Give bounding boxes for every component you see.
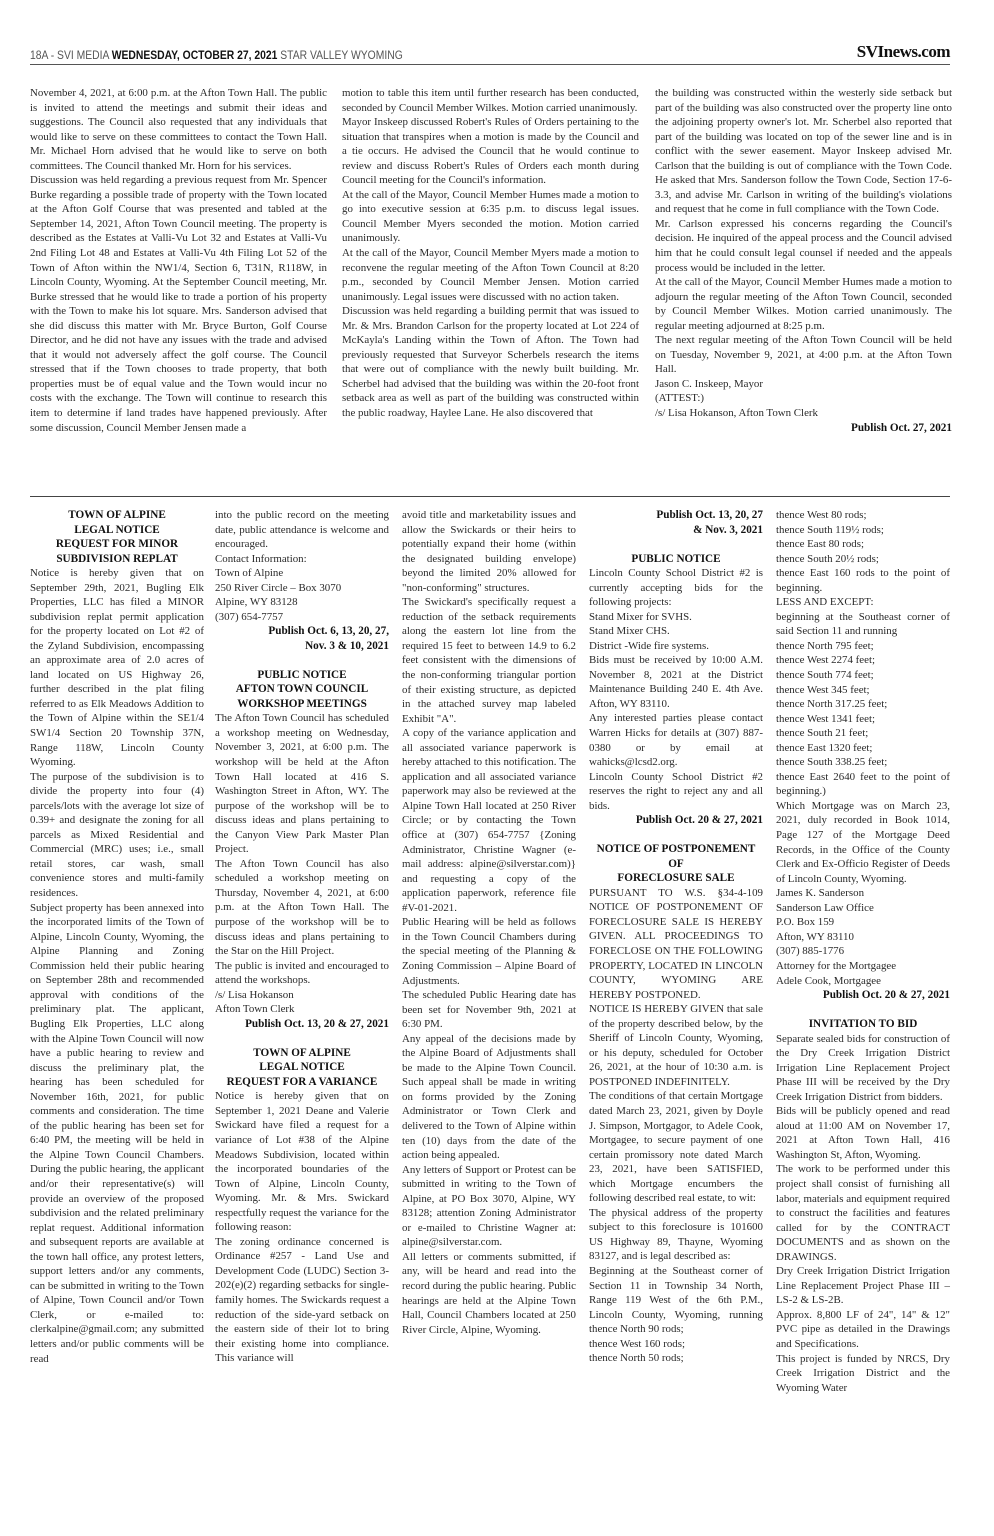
issue-date: WEDNESDAY, OCTOBER 27, 2021 [112, 50, 278, 62]
paragraph: Notice is hereby given that on September… [30, 566, 204, 770]
paragraph: The conditions of that certain Mortgage … [589, 1089, 763, 1205]
council-minutes-col-1: November 4, 2021, at 6:00 p.m. at the Af… [30, 86, 327, 435]
legal-description-line: thence West 160 rods; [589, 1337, 763, 1352]
paragraph: The purpose of the subdivision is to div… [30, 770, 204, 901]
publish-date: Publish Oct. 13, 20, 27 [589, 508, 763, 523]
signature-line: (307) 885-1776 [776, 944, 950, 959]
notice-heading: TOWN OF ALPINE LEGAL NOTICE REQUEST FOR … [30, 508, 204, 566]
paragraph: The Afton Town Council has scheduled a w… [215, 711, 389, 856]
paragraph: Mayor Inskeep discussed Robert's Rules o… [342, 115, 639, 188]
contact-line: 250 River Circle – Box 3070 [215, 581, 389, 596]
signature-line: P.O. Box 159 [776, 915, 950, 930]
notice-heading: INVITATION TO BID [776, 1017, 950, 1032]
publish-date: Publish Oct. 6, 13, 20, 27, [215, 624, 389, 639]
paragraph: motion to table this item until further … [342, 86, 639, 115]
signature-line: Attorney for the Mortgagee [776, 959, 950, 974]
legal-description-line: thence South 20½ rods; [776, 552, 950, 567]
page-number: 18A - SVI MEDIA [30, 50, 109, 62]
paragraph: All letters or comments submitted, if an… [402, 1250, 576, 1337]
paragraph: Mr. Carlson expressed his concerns regar… [655, 217, 952, 275]
paragraph: PURSUANT TO W.S. §34-4-109 NOTICE OF POS… [589, 886, 763, 1002]
council-minutes-col-3: the building was constructed within the … [655, 86, 952, 435]
legal-col-1: TOWN OF ALPINE LEGAL NOTICE REQUEST FOR … [30, 508, 204, 1366]
paragraph: Discussion was held regarding a building… [342, 304, 639, 420]
notice-heading: NOTICE OF POSTPONEMENT OF FORECLOSURE SA… [589, 842, 763, 886]
paragraph: Any letters of Support or Protest can be… [402, 1163, 576, 1250]
paragraph: The scheduled Public Hearing date has be… [402, 988, 576, 1032]
page-header: 18A - SVI MEDIA WEDNESDAY, OCTOBER 27, 2… [30, 40, 950, 65]
paragraph: Bids must be received by 10:00 A.M. Nove… [589, 653, 763, 711]
signature-line: /s/ Lisa Hokanson [215, 988, 389, 1003]
notice-heading: PUBLIC NOTICE [589, 552, 763, 567]
paragraph: The next regular meeting of the Afton To… [655, 333, 952, 377]
section-divider [30, 496, 950, 497]
legal-description-line: thence North 50 rods; [589, 1351, 763, 1366]
paragraph: Lincoln County School District #2 is cur… [589, 566, 763, 610]
paragraph: Separate sealed bids for construction of… [776, 1032, 950, 1105]
legal-description-line: thence South 774 feet; [776, 668, 950, 683]
region: STAR VALLEY WYOMING [280, 50, 403, 62]
paragraph: Any interested parties please contact Wa… [589, 711, 763, 769]
paragraph: the building was constructed within the … [655, 86, 952, 217]
signature-line: Afton, WY 83110 [776, 930, 950, 945]
paragraph: At the call of the Mayor, Council Member… [342, 246, 639, 304]
signature-line: /s/ Lisa Hokanson, Afton Town Clerk [655, 406, 952, 421]
project-item: District -Wide fire systems. [589, 639, 763, 654]
legal-col-4: Publish Oct. 13, 20, 27 & Nov. 3, 2021 P… [589, 508, 763, 1366]
legal-col-2: into the public record on the meeting da… [215, 508, 389, 1366]
project-item: Stand Mixer for SVHS. [589, 610, 763, 625]
legal-col-3: avoid title and marketability issues and… [402, 508, 576, 1337]
legal-description-line: thence West 1341 feet; [776, 712, 950, 727]
paragraph: The physical address of the property sub… [589, 1206, 763, 1264]
folio-line: 18A - SVI MEDIA WEDNESDAY, OCTOBER 27, 2… [30, 50, 403, 62]
paragraph: The Afton Town Council has also schedule… [215, 857, 389, 959]
signature-line: Afton Town Clerk [215, 1002, 389, 1017]
paragraph: At the call of the Mayor, Council Member… [342, 188, 639, 246]
legal-description-line: thence West 345 feet; [776, 683, 950, 698]
publish-date: Nov. 3 & 10, 2021 [215, 639, 389, 654]
paragraph: This project is funded by NRCS, Dry Cree… [776, 1352, 950, 1396]
legal-col-5: thence West 80 rods; thence South 119½ r… [776, 508, 950, 1395]
paragraph: Any appeal of the decisions made by the … [402, 1032, 576, 1163]
legal-description-line: thence East 1320 feet; [776, 741, 950, 756]
paragraph: A copy of the variance application and a… [402, 726, 576, 915]
paragraph: Dry Creek Irrigation District Irrigation… [776, 1264, 950, 1308]
paragraph: thence East 160 rods to the point of beg… [776, 566, 950, 595]
paragraph: thence East 2640 feet to the point of be… [776, 770, 950, 799]
legal-description-line: thence North 317.25 feet; [776, 697, 950, 712]
legal-description-line: thence West 2274 feet; [776, 653, 950, 668]
notice-heading: PUBLIC NOTICE AFTON TOWN COUNCIL WORKSHO… [215, 668, 389, 712]
paragraph: LESS AND EXCEPT: [776, 595, 950, 610]
publish-date: Publish Oct. 20 & 27, 2021 [589, 813, 763, 828]
paragraph: The zoning ordinance concerned is Ordina… [215, 1235, 389, 1366]
paragraph: into the public record on the meeting da… [215, 508, 389, 552]
paragraph: Bids will be publicly opened and read al… [776, 1104, 950, 1162]
signature-line: Adele Cook, Mortgagee [776, 974, 950, 989]
publish-date: & Nov. 3, 2021 [589, 523, 763, 538]
site-logo: SVInews.com [857, 42, 950, 62]
publish-date: Publish Oct. 13, 20 & 27, 2021 [215, 1017, 389, 1032]
contact-line: Alpine, WY 83128 [215, 595, 389, 610]
publish-date: Publish Oct. 27, 2021 [655, 421, 952, 436]
paragraph: November 4, 2021, at 6:00 p.m. at the Af… [30, 86, 327, 173]
paragraph: The Swickard's specifically request a re… [402, 595, 576, 726]
signature-line: (ATTEST:) [655, 391, 952, 406]
council-minutes-col-2: motion to table this item until further … [342, 86, 639, 421]
paragraph: At the call of the Mayor, Council Member… [655, 275, 952, 333]
contact-line: Town of Alpine [215, 566, 389, 581]
legal-description-line: thence East 80 rods; [776, 537, 950, 552]
paragraph: The public is invited and encouraged to … [215, 959, 389, 988]
paragraph: Which Mortgage was on March 23, 2021, du… [776, 799, 950, 886]
contact-line: Contact Information: [215, 552, 389, 567]
signature-line: Sanderson Law Office [776, 901, 950, 916]
contact-line: (307) 654-7757 [215, 610, 389, 625]
paragraph: Subject property has been annexed into t… [30, 901, 204, 1367]
legal-description-line: thence North 795 feet; [776, 639, 950, 654]
paragraph: Approx. 8,800 LF of 24", 14" & 12" PVC p… [776, 1308, 950, 1352]
publish-date: Publish Oct. 20 & 27, 2021 [776, 988, 950, 1003]
paragraph: NOTICE IS HEREBY GIVEN that sale of the … [589, 1002, 763, 1089]
legal-description-line: thence South 119½ rods; [776, 523, 950, 538]
paragraph: Beginning at the Southeast corner of Sec… [589, 1264, 763, 1337]
project-item: Stand Mixer CHS. [589, 624, 763, 639]
notice-heading: TOWN OF ALPINE LEGAL NOTICE REQUEST FOR … [215, 1046, 389, 1090]
paragraph: Notice is hereby given that on September… [215, 1089, 389, 1234]
paragraph: Discussion was held regarding a previous… [30, 173, 327, 435]
paragraph: beginning at the Southeast corner of sai… [776, 610, 950, 639]
legal-description-line: thence South 338.25 feet; [776, 755, 950, 770]
legal-description-line: thence South 21 feet; [776, 726, 950, 741]
paragraph: The work to be performed under this proj… [776, 1162, 950, 1264]
paragraph: Public Hearing will be held as follows i… [402, 915, 576, 988]
paragraph: avoid title and marketability issues and… [402, 508, 576, 595]
signature-line: Jason C. Inskeep, Mayor [655, 377, 952, 392]
signature-line: James K. Sanderson [776, 886, 950, 901]
paragraph: Lincoln County School District #2 reserv… [589, 770, 763, 814]
legal-description-line: thence West 80 rods; [776, 508, 950, 523]
